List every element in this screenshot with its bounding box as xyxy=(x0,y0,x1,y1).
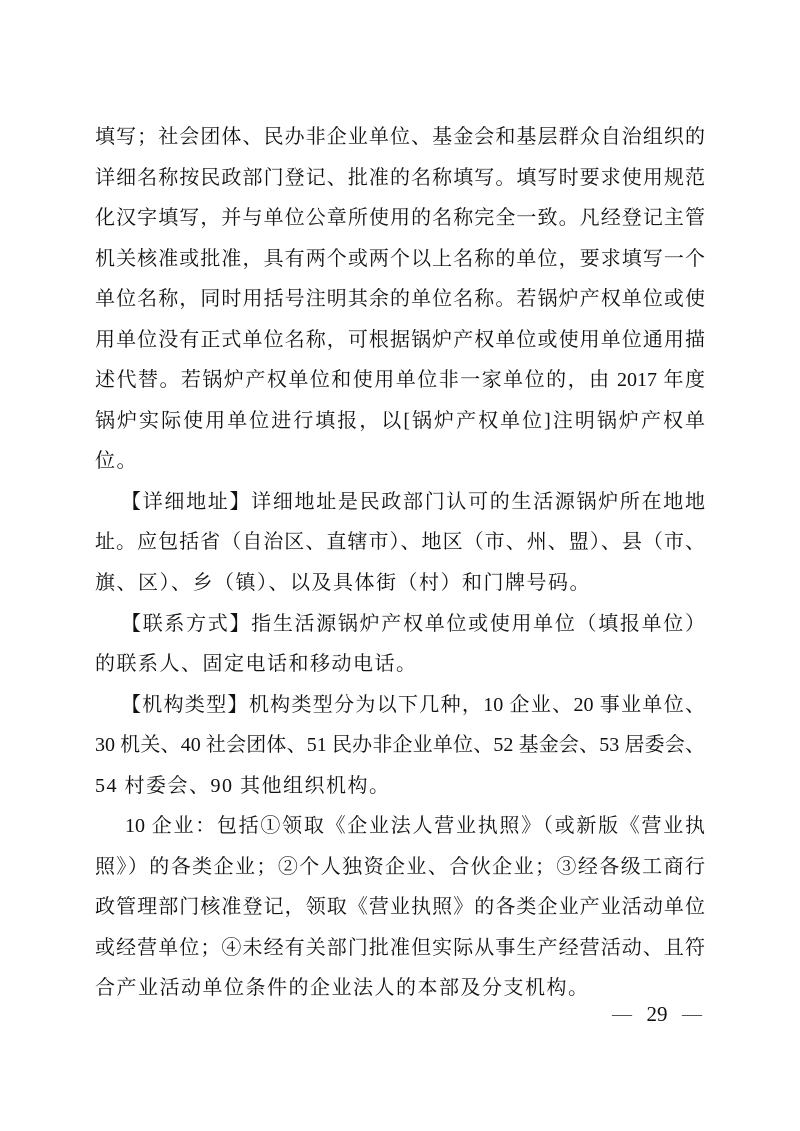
document-page: 填写；社会团体、民办非企业单位、基金会和基层群众自治组织的 详细名称按民政部门登… xyxy=(0,0,800,1131)
page-number: 29 xyxy=(647,1001,668,1027)
footer-left-dash: — xyxy=(612,1001,632,1027)
text-line: 位。 xyxy=(95,441,705,482)
text-line: 单位名称，同时用括号注明其余的单位名称。若锅炉产权单位或使 xyxy=(95,279,705,320)
text-line: 【联系方式】指生活源锅炉产权单位或使用单位（填报单位） xyxy=(95,604,705,645)
text-line: 或经营单位；④未经有关部门批准但实际从事生产经营活动、且符 xyxy=(95,928,705,969)
document-body: 填写；社会团体、民办非企业单位、基金会和基层群众自治组织的 详细名称按民政部门登… xyxy=(95,117,705,1009)
paragraph-enterprise-definition: 10 企业：包括①领取《企业法人营业执照》（或新版《营业执 照》）的各类企业；②… xyxy=(95,806,705,1009)
footer-right-dash: — xyxy=(682,1001,702,1027)
text-line: 填写；社会团体、民办非企业单位、基金会和基层群众自治组织的 xyxy=(95,117,705,158)
text-line: 【详细地址】详细地址是民政部门认可的生活源锅炉所在地地 xyxy=(95,482,705,523)
text-line: 【机构类型】机构类型分为以下几种，10 企业、20 事业单位、 xyxy=(95,685,705,726)
text-line: 政管理部门核准登记，领取《营业执照》的各类企业产业活动单位 xyxy=(95,887,705,928)
text-line: 照》）的各类企业；②个人独资企业、合伙企业；③经各级工商行 xyxy=(95,847,705,888)
paragraph-contact-info: 【联系方式】指生活源锅炉产权单位或使用单位（填报单位） 的联系人、固定电话和移动… xyxy=(95,604,705,685)
paragraph-institution-type: 【机构类型】机构类型分为以下几种，10 企业、20 事业单位、 30 机关、40… xyxy=(95,685,705,807)
text-line: 用单位没有正式单位名称，可根据锅炉产权单位或使用单位通用描 xyxy=(95,320,705,361)
text-line: 54 村委会、90 其他组织机构。 xyxy=(95,766,705,807)
text-line: 详细名称按民政部门登记、批准的名称填写。填写时要求使用规范 xyxy=(95,158,705,199)
text-line: 的联系人、固定电话和移动电话。 xyxy=(95,644,705,685)
text-line: 锅炉实际使用单位进行填报，以[锅炉产权单位]注明锅炉产权单 xyxy=(95,401,705,442)
text-line: 述代替。若锅炉产权单位和使用单位非一家单位的，由 2017 年度 xyxy=(95,360,705,401)
text-line: 30 机关、40 社会团体、51 民办非企业单位、52 基金会、53 居委会、 xyxy=(95,725,705,766)
text-line: 机关核准或批准，具有两个或两个以上名称的单位，要求填写一个 xyxy=(95,239,705,280)
text-line: 址。应包括省（自治区、直辖市）、地区（市、州、盟）、县（市、 xyxy=(95,522,705,563)
text-line: 旗、区）、乡（镇）、以及具体街（村）和门牌号码。 xyxy=(95,563,705,604)
page-footer: — 29 — xyxy=(612,1001,702,1027)
text-line: 化汉字填写，并与单位公章所使用的名称完全一致。凡经登记主管 xyxy=(95,198,705,239)
paragraph-detailed-address: 【详细地址】详细地址是民政部门认可的生活源锅炉所在地地 址。应包括省（自治区、直… xyxy=(95,482,705,604)
paragraph-unit-name-continuation: 填写；社会团体、民办非企业单位、基金会和基层群众自治组织的 详细名称按民政部门登… xyxy=(95,117,705,482)
text-line: 10 企业：包括①领取《企业法人营业执照》（或新版《营业执 xyxy=(95,806,705,847)
